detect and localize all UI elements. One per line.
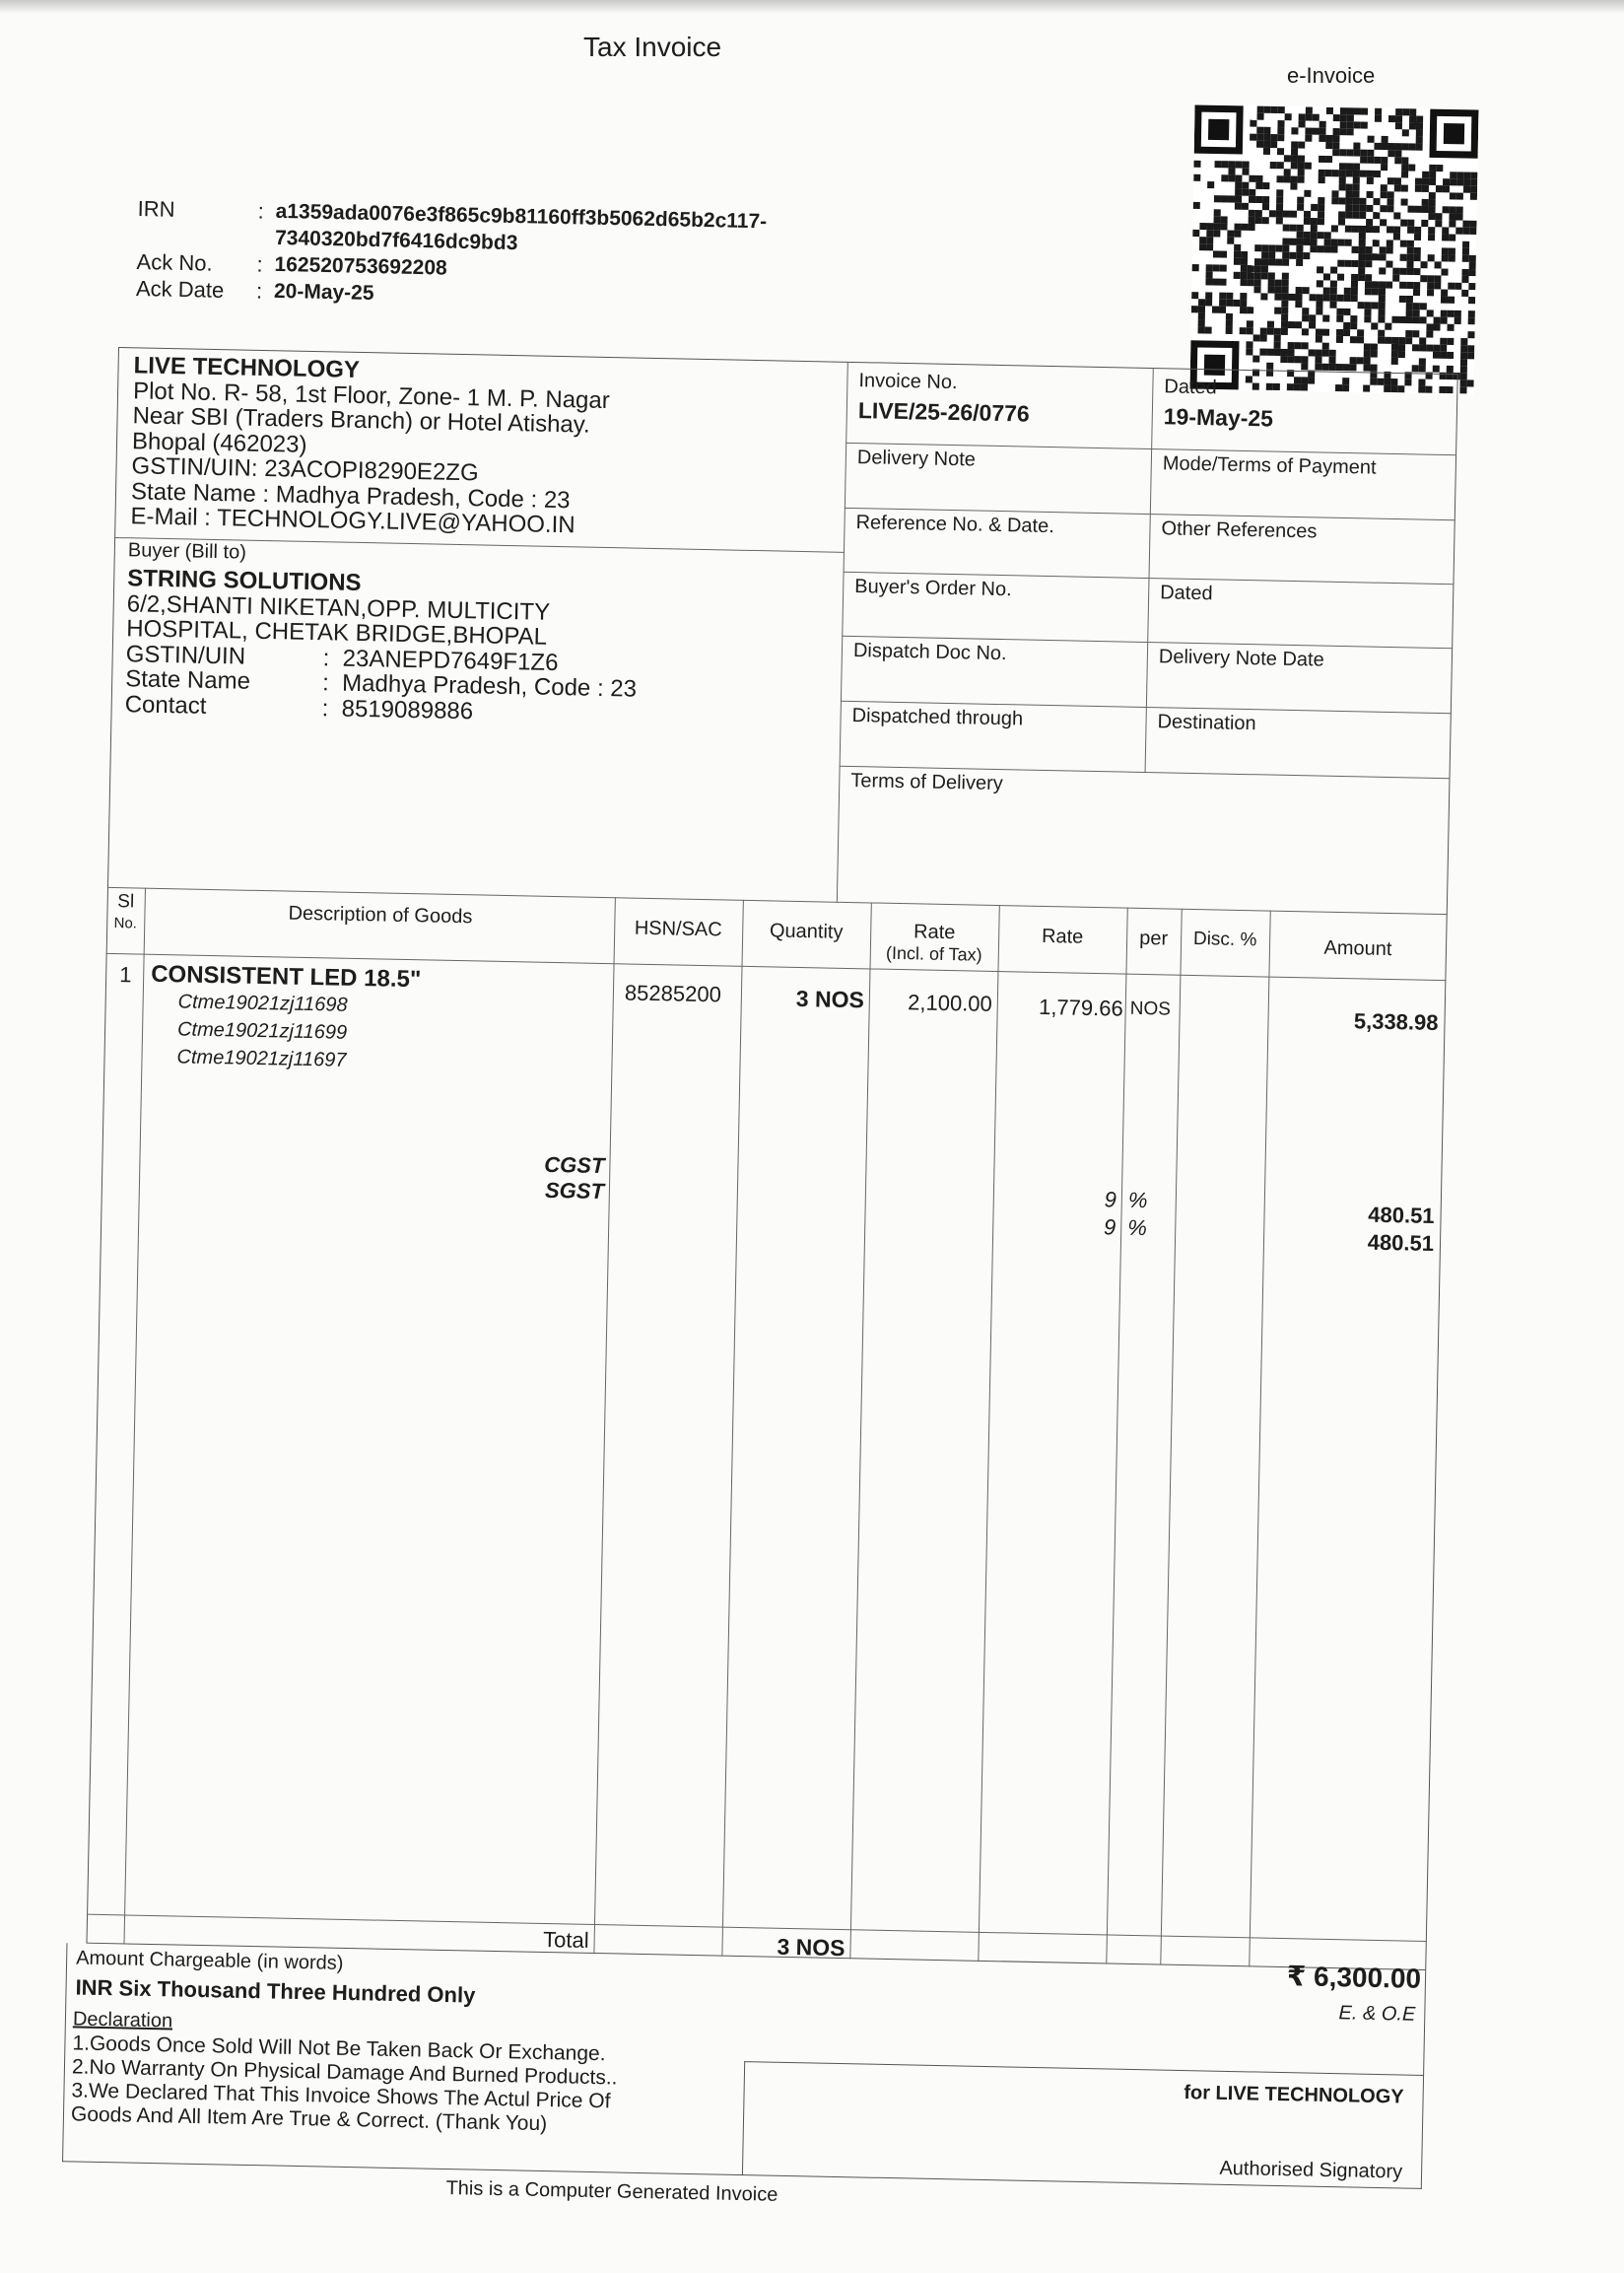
invoice-frame: LIVE TECHNOLOGY Plot No. R- 58, 1st Floo…	[81, 347, 1457, 2227]
qr-code-icon	[1189, 104, 1478, 395]
einvoice-label: e-Invoice	[1287, 63, 1375, 89]
tax-rate-unit: %	[1128, 1188, 1148, 1213]
colon: :	[322, 646, 343, 671]
buyers-order-dated-label: Dated	[1160, 582, 1213, 605]
tax-amount: 480.51	[1268, 1201, 1434, 1229]
buyer-contact-value: 8519089886	[341, 696, 473, 723]
item-serial: Ctme19021zj11699	[177, 1018, 347, 1044]
tax-name: SGST	[496, 1177, 604, 1205]
irn-label: IRN	[137, 195, 258, 225]
delivery-note-date-label: Delivery Note Date	[1159, 646, 1324, 671]
dated-value: 19-May-25	[1164, 403, 1274, 432]
item-serial: Ctme19021zj11697	[176, 1046, 346, 1071]
invoice-no-value: LIVE/25-26/0776	[858, 397, 1030, 427]
terms-of-delivery-label: Terms of Delivery	[850, 770, 1003, 795]
col-header-per: per	[1126, 928, 1181, 950]
computer-generated-note: This is a Computer Generated Invoice	[445, 2177, 778, 2207]
tax-rate: 9	[1048, 1186, 1117, 1212]
invoice-no-label: Invoice No.	[858, 370, 958, 394]
item-amount: 5,338.98	[1272, 1007, 1438, 1036]
buyer-block: STRING SOLUTIONS 6/2,SHANTI NIKETAN,OPP.…	[124, 566, 639, 726]
buyer-section-label: Buyer (Bill to)	[128, 539, 246, 564]
seller-block: LIVE TECHNOLOGY Plot No. R- 58, 1st Floo…	[130, 353, 610, 538]
dated-label: Dated	[1164, 376, 1217, 399]
ack-no-value: 162520753692208	[274, 251, 447, 282]
colon: :	[322, 670, 343, 696]
item-sl: 1	[119, 962, 132, 988]
col-header-quantity: Quantity	[742, 920, 870, 944]
col-header-amount: Amount	[1269, 936, 1447, 962]
other-references-label: Other References	[1161, 517, 1317, 543]
eoe-note: E. & O.E	[1317, 2002, 1415, 2027]
tax-name: CGST	[496, 1151, 604, 1179]
buyers-order-label: Buyer's Order No.	[854, 576, 1012, 601]
payment-terms-label: Mode/Terms of Payment	[1163, 452, 1377, 479]
buyer-contact-label: Contact	[124, 692, 321, 722]
item-hsn: 85285200	[625, 980, 721, 1007]
item-per: NOS	[1130, 999, 1172, 1021]
reference-label: Reference No. & Date.	[855, 512, 1054, 538]
colon: :	[321, 696, 342, 722]
colon: :	[256, 251, 275, 278]
item-quantity: 3 NOS	[751, 985, 865, 1013]
ack-date-value: 20-May-25	[274, 278, 374, 307]
col-header-hsn: HSN/SAC	[614, 917, 742, 941]
total-label: Total	[460, 1925, 588, 1954]
document-title: Tax Invoice	[583, 32, 721, 63]
ack-no-label: Ack No.	[136, 248, 257, 278]
irn-block: IRN : a1359ada0076e3f865c9b81160ff3b5062…	[136, 195, 768, 314]
col-header-sl: SlNo.	[108, 891, 143, 935]
declaration-text: 1.Goods Once Sold Will Not Be Taken Back…	[71, 2032, 618, 2137]
delivery-note-label: Delivery Note	[857, 447, 976, 471]
col-header-rate-incl-tax: Rate(Incl. of Tax)	[870, 920, 999, 966]
destination-label: Destination	[1157, 711, 1256, 735]
item-rate-incl-tax: 2,100.00	[874, 990, 992, 1017]
declaration-label: Declaration	[73, 2008, 173, 2032]
ack-date-label: Ack Date	[136, 275, 257, 305]
tax-rate: 9	[1047, 1213, 1116, 1240]
item-rate: 1,779.66	[999, 994, 1122, 1022]
item-serial: Ctme19021zj11698	[177, 991, 347, 1016]
tax-amount: 480.51	[1268, 1228, 1434, 1257]
scan-edge-shadow	[0, 0, 1624, 14]
invoice-page: Tax Invoice e-Invoice IRN : a1359ada0076…	[0, 0, 1624, 2273]
colon: :	[257, 198, 276, 225]
colon: :	[256, 278, 275, 305]
tax-rate-unit: %	[1127, 1215, 1147, 1241]
col-header-rate: Rate	[998, 925, 1126, 949]
dispatch-doc-label: Dispatch Doc No.	[853, 640, 1007, 665]
col-header-disc: Disc. %	[1181, 929, 1269, 952]
item-description: CONSISTENT LED 18.5"	[151, 961, 422, 994]
dispatched-through-label: Dispatched through	[851, 705, 1023, 730]
